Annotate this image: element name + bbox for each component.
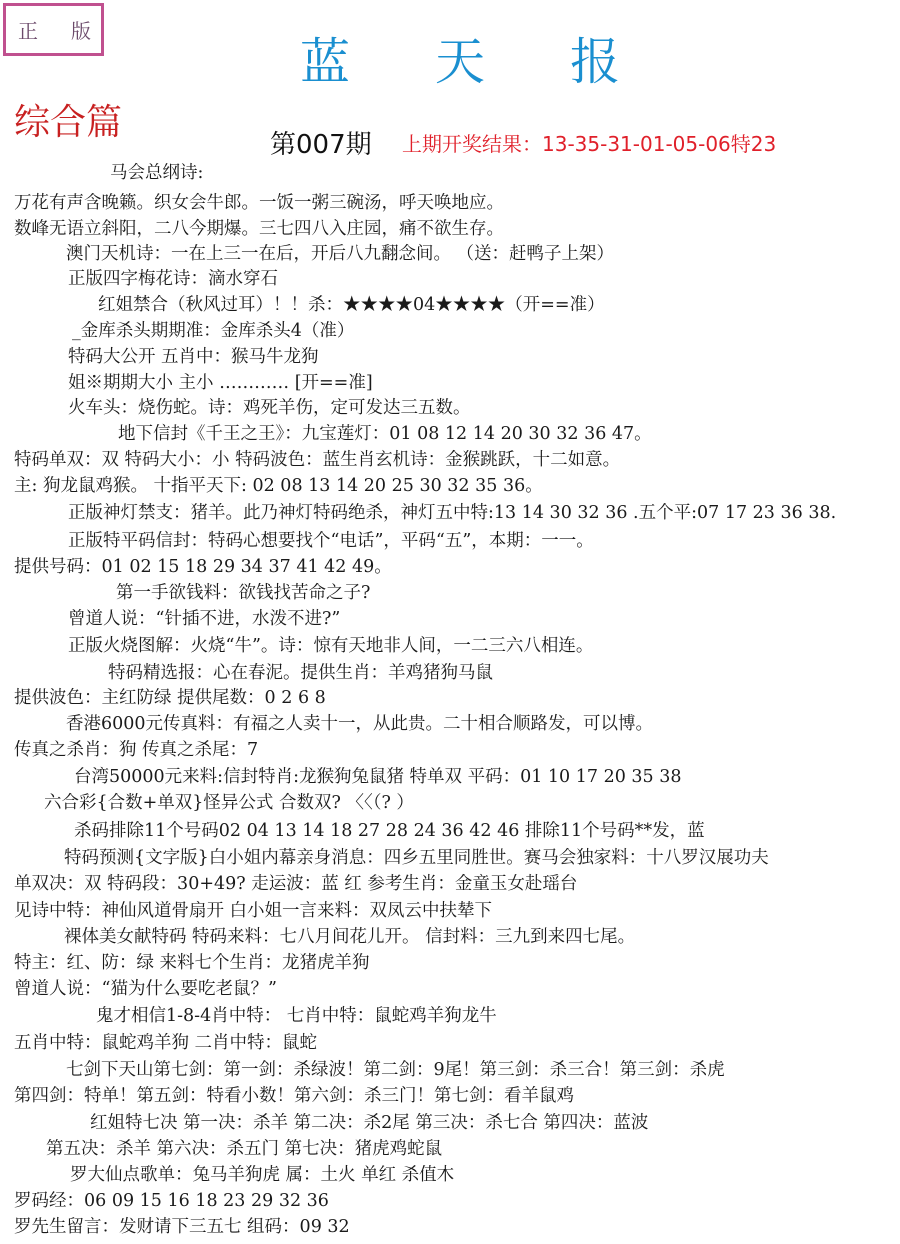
masthead-title: 蓝 天 报 [300,22,620,94]
badge-char-left: 正 [18,15,38,44]
text-line: 正版火烧图解：火烧“牛”。诗：惊有天地非人间，一二三六八相连。 [68,635,593,657]
text-line: 红姐禁合（秋风过耳）！！杀：★★★★04★★★★（开==准） [98,294,605,316]
section-heading: 综合篇 [14,94,122,145]
text-line: 见诗中特：神仙风道骨扇开 白小姐一言来料：双凤云中扶辇下 [14,900,492,922]
text-line: 火车头：烧伤蛇。诗：鸡死羊伤，定可发达三五数。 [68,397,471,419]
issue-number: 第007期 [270,124,372,161]
text-line: 罗先生留言：发财请下三五七 组码：09 32 [14,1216,350,1238]
text-line: 红姐特七决 第一决：杀羊 第二决：杀2尾 第三决：杀七合 第四决：蓝波 [90,1112,648,1134]
text-line: 第一手欲钱料：欲钱找苦命之子? [116,582,370,604]
text-line: 六合彩{合数+单双}怪异公式 合数双? 〈〈（? ） [44,792,414,814]
text-line: 特主：红、防：绿 来料七个生肖：龙猪虎羊狗 [14,952,370,974]
text-line: 鬼才相信1-8-4肖中特： 七肖中特：鼠蛇鸡羊狗龙牛 [96,1005,497,1027]
text-line: 提供波色：主红防绿 提供尾数：0 2 6 8 [14,687,326,709]
title-char-1: 蓝 [300,22,350,94]
text-line: 特码预测{文字版}白小姐内幕亲身消息：四乡五里同胜世。赛马会独家料：十八罗汉展功… [64,847,769,869]
text-line: 特码单双：双 特码大小：小 特码波色：蓝生肖玄机诗：金猴跳跃，十二如意。 [14,449,620,471]
text-line: 万花有声含晚籁。织女会牛郎。一饭一粥三碗汤，呼天唤地应。 [14,192,504,214]
text-line: 香港6000元传真料：有福之人卖十一，从此贵。二十相合顺路发，可以博。 [66,713,653,735]
text-line: 裸体美女献特码 特码来料：七八月间花儿开。 信封料：三九到来四七尾。 [64,926,635,948]
text-line: 数峰无语立斜阳，二八今期爆。三七四八入庄园，痛不欲生存。 [14,218,504,240]
text-line: 正版神灯禁支：猪羊。此乃神灯特码绝杀，神灯五中特:13 14 30 32 36 … [68,502,836,524]
text-line: 第五决：杀羊 第六决：杀五门 第七决：猪虎鸡蛇鼠 [46,1138,442,1160]
text-line: 单双决：双 特码段：30+49? 走运波：蓝 红 参考生肖：金童玉女赴瑶台 [14,873,577,895]
text-line: 罗码经：06 09 15 16 18 23 29 32 36 [14,1190,329,1212]
text-line: 五肖中特：鼠蛇鸡羊狗 二肖中特：鼠蛇 [14,1032,317,1054]
text-line: 正版特平码信封：特码心想要找个“电话”，平码“五”，本期：一一。 [68,530,594,552]
text-line: 地下信封《千王之王》：九宝莲灯：01 08 12 14 20 30 32 36 … [118,423,652,445]
text-line: 曾道人说：“猫为什么要吃老鼠？” [14,978,277,1000]
text-line: 七剑下天山第七剑：第一剑：杀绿波！第二剑：9尾！第三剑：杀三合！第三剑：杀虎 [66,1059,725,1081]
text-line: 主: 狗龙鼠鸡猴。 十指平天下: 02 08 13 14 20 25 30 32… [14,475,543,497]
text-line: 杀码排除11个号码02 04 13 14 18 27 28 24 36 42 4… [74,820,705,842]
text-line: 传真之杀肖：狗 传真之杀尾：7 [14,739,258,761]
last-draw-result: 上期开奖结果：13-35-31-01-05-06特23 [402,128,776,157]
badge-char-right: 版 [71,15,91,44]
text-line: 罗大仙点歌单：兔马羊狗虎 属：土火 单红 杀值木 [70,1164,454,1186]
title-char-3: 报 [570,22,620,94]
text-line: 台湾50000元来料:信封特肖:龙猴狗兔鼠猪 特单双 平码：01 10 17 2… [74,766,682,788]
text-line: 提供号码：01 02 15 18 29 34 37 41 42 49。 [14,556,392,578]
text-line: 正版四字梅花诗：滴水穿石 [68,268,278,290]
text-line: 马会总纲诗: [110,162,203,184]
text-line: 第四剑：特单！第五剑：特看小数！第六剑：杀三门！第七剑：看羊鼠鸡 [14,1085,574,1107]
text-line: 特码精选报：心在春泥。提供生肖：羊鸡猪狗马鼠 [108,662,493,684]
text-line: 姐※期期大小 主小 ………… [开==准] [68,372,373,394]
text-line: _金库杀头期期准：金库杀头4（准） [72,320,354,342]
text-line: 曾道人说：“针插不进，水泼不进?” [68,608,340,630]
text-line: 澳门天机诗：一在上三一在后，开后八九翻念间。 （送：赶鸭子上架） [66,243,614,265]
title-char-2: 天 [435,22,485,94]
text-line: 特码大公开 五肖中：猴马牛龙狗 [68,346,319,368]
genuine-edition-badge: 正 版 [3,3,104,56]
